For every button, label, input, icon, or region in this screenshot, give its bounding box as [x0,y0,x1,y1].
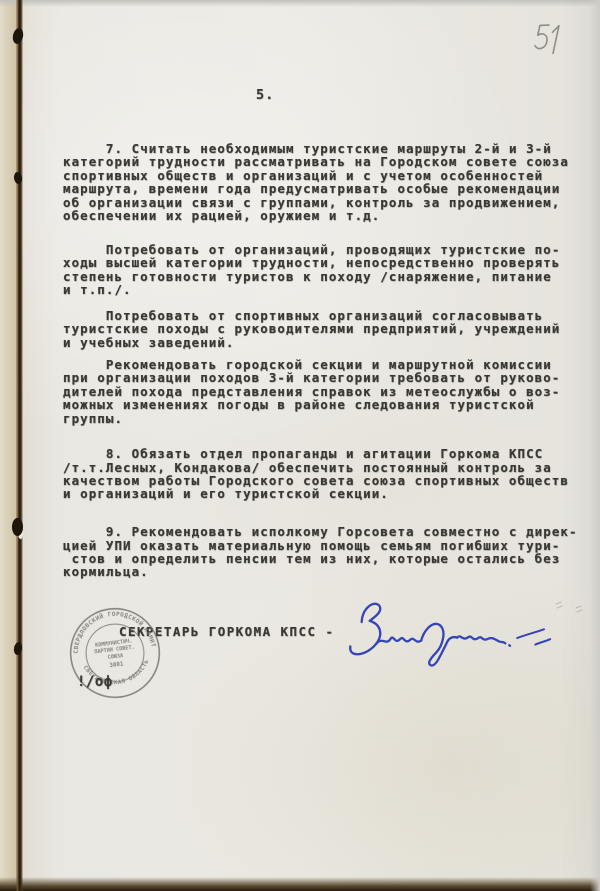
scan-right-edge [590,0,600,891]
binding-tear-spot [12,518,23,536]
handwritten-signature [329,591,555,675]
typed-body: 7. Считать необходимым туристские маршру… [63,142,588,579]
stamp-center-line-4: 3001 [109,662,124,670]
pencil-marks [552,598,588,616]
handwritten-archive-number [532,22,564,56]
official-round-stamp: СВЕРДЛОВСКИЙ ГОРОДСКОЙ КОМИТЕТ СВЕРДЛОВС… [56,594,174,712]
binding-tear-spot [13,172,23,185]
typed-paragraph-7: 7. Считать необходимым туристские маршру… [63,142,588,222]
binding-tear-spot [11,27,24,45]
binding-tear-spot [13,641,23,655]
scan-left-margin [0,0,17,891]
document-page: 5. 7. Считать необходимым туристские мар… [0,0,600,891]
typed-paragraph-7b: Потребовать от спортивных организаций со… [63,309,588,349]
typed-paragraph-8: 8. Обязать отдел пропаганды и агитации Г… [63,447,588,501]
typed-paragraph-9: 9. Рекомендовать исполкому Горсовета сов… [63,525,588,579]
scan-top-edge [0,0,600,7]
typed-paragraph-7c: Рекомендовать городской секции и маршрут… [63,358,588,425]
binding-fold-line [16,0,23,891]
typist-reference-mark: !/оф [77,674,113,690]
stamp-center-line-3: СОЮЗА [107,653,124,661]
page-number: 5. [256,87,274,103]
scan-bottom-edge [0,877,600,891]
typed-paragraph-7a: Потребовать от организаций, проводящих т… [63,243,588,297]
